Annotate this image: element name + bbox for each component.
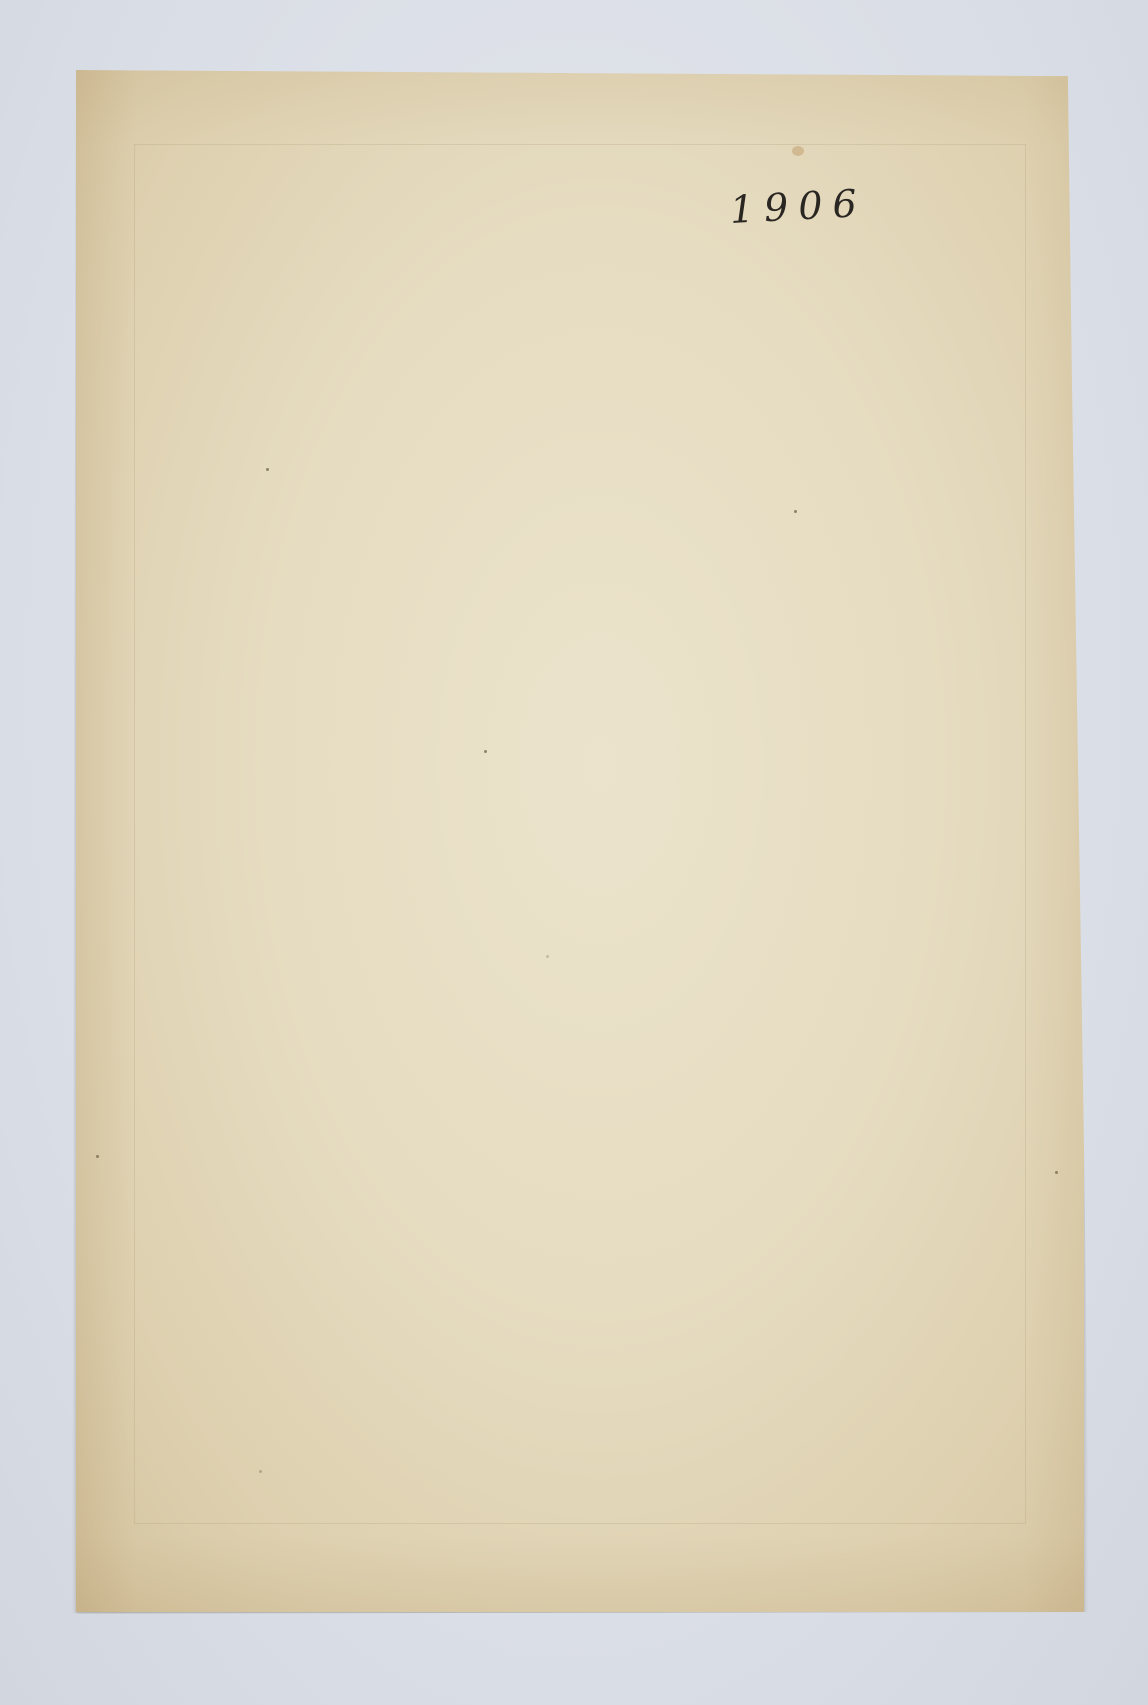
paper-sheet: 1906 bbox=[76, 70, 1084, 1612]
speck bbox=[794, 510, 797, 513]
speck bbox=[484, 750, 487, 753]
speck bbox=[546, 955, 549, 958]
speck bbox=[266, 468, 269, 471]
speck bbox=[96, 1155, 99, 1158]
speck bbox=[259, 1470, 262, 1473]
handwritten-year: 1906 bbox=[729, 181, 868, 232]
speck bbox=[1055, 1171, 1058, 1174]
foxing-stain bbox=[792, 146, 804, 156]
plate-mark-border bbox=[134, 144, 1026, 1524]
